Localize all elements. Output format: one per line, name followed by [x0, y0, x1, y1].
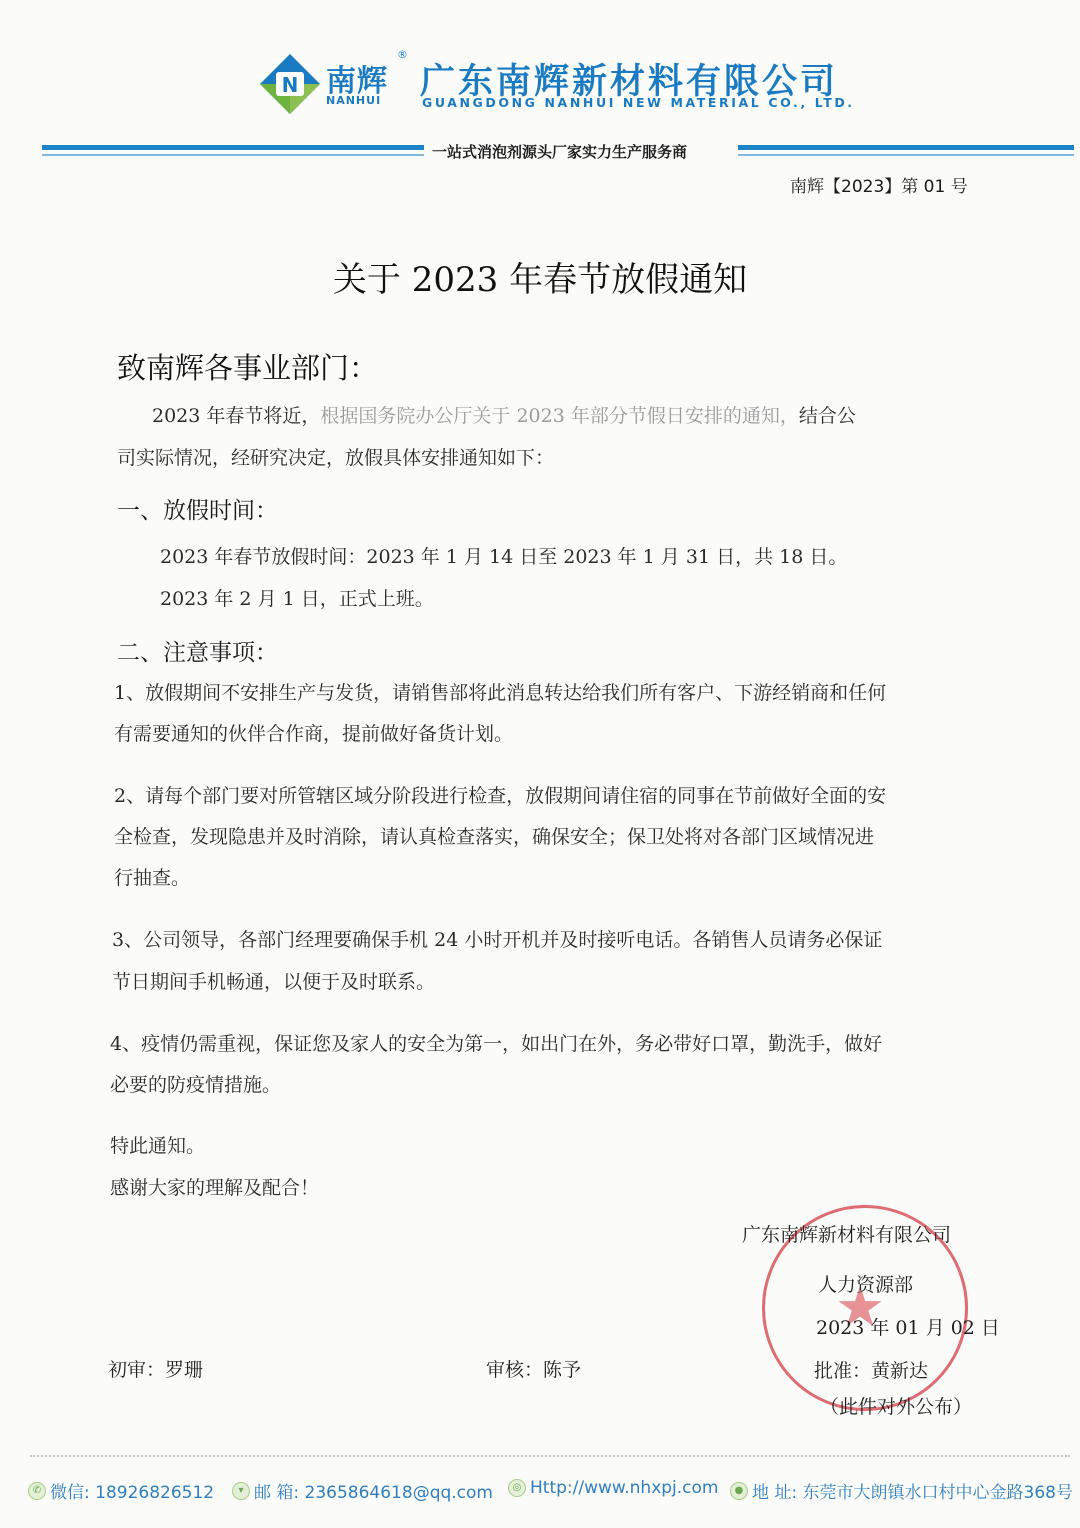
footer-email: ▾ 邮 箱: 2365864618@qq.com [232, 1478, 493, 1503]
intro-part-1: 2023 年春节将近， [152, 405, 320, 427]
checker: 审核：陈予 [486, 1355, 581, 1382]
svg-text:N: N [282, 73, 299, 97]
item-3-line-1: 3、公司领导，各部门经理要确保手机 24 小时开机并及时接听电话。各销售人员请务… [112, 920, 882, 961]
signature-note: （此件对外公布） [820, 1392, 972, 1419]
email-text: 邮 箱: 2365864618@qq.com [254, 1478, 493, 1503]
section-1-heading: 一、放假时间： [117, 492, 278, 525]
initial-reviewer: 初审：罗珊 [108, 1355, 203, 1382]
wechat-icon: ✆ [28, 1482, 46, 1500]
footer-wechat: ✆ 微信: 18926826512 [28, 1478, 214, 1503]
item-4-line-2: 必要的防疫情措施。 [110, 1065, 281, 1106]
intro-line-2: 司实际情况，经研究决定，放假具体安排通知如下： [117, 438, 554, 479]
intro-part-2-faded: 根据国务院办公厅关于 2023 年部分节假日安排的通知， [320, 405, 798, 427]
header-rule-left [42, 145, 424, 150]
address-text: 地 址: 东莞市大朗镇水口村中心金路368号 [752, 1478, 1073, 1503]
slogan: 一站式消泡剂源头厂家实力生产服务商 [432, 141, 687, 162]
closing-line-2: 感谢大家的理解及配合！ [110, 1168, 319, 1209]
document-number: 南辉【2023】第 01 号 [790, 172, 968, 197]
section-1-line-2: 2023 年 2 月 1 日，正式上班。 [160, 579, 434, 620]
signature-approver: 批准：黄新达 [814, 1356, 928, 1383]
item-2-line-1: 2、请每个部门要对所管辖区域分阶段进行检查，放假期间请住宿的同事在节前做好全面的… [114, 776, 886, 817]
company-name-en: GUANGDONG NANHUI NEW MATERIAL CO., LTD. [422, 95, 855, 110]
mail-icon: ▾ [232, 1482, 250, 1500]
header-rule-left-thin [42, 154, 424, 156]
salutation: 致南辉各事业部门： [117, 346, 378, 387]
logo-text-en: NANHUI [326, 94, 381, 107]
item-4-line-1: 4、疫情仍需重视，保证您及家人的安全为第一，如出门在外，务必带好口罩，勤洗手，做… [110, 1024, 882, 1065]
footer-divider [30, 1455, 1070, 1457]
logo-mark-icon: N [258, 52, 322, 116]
closing-line-1: 特此通知。 [110, 1126, 205, 1167]
item-2-line-2: 全检查，发现隐患并及时消除，请认真检查落实，确保安全；保卫处将对各部门区域情况进 [114, 817, 874, 858]
footer-address: ● 地 址: 东莞市大朗镇水口村中心金路368号 [730, 1478, 1073, 1503]
header-rule-right [738, 145, 1074, 150]
signature-date: 2023 年 01 月 02 日 [816, 1313, 1000, 1340]
intro-line-1: 2023 年春节将近，根据国务院办公厅关于 2023 年部分节假日安排的通知，结… [152, 396, 856, 437]
item-1-line-1: 1、放假期间不安排生产与发货，请销售部将此消息转达给我们所有客户、下游经销商和任… [114, 673, 886, 714]
item-2-line-3: 行抽查。 [114, 858, 190, 899]
signature-company: 广东南辉新材料有限公司 [742, 1220, 951, 1247]
item-3-line-2: 节日期间手机畅通，以便于及时联系。 [112, 962, 435, 1003]
location-pin-icon: ● [730, 1482, 748, 1500]
signature-department: 人力资源部 [818, 1270, 913, 1297]
item-1-line-2: 有需要通知的伙伴合作商，提前做好备货计划。 [114, 714, 513, 755]
wechat-text: 微信: 18926826512 [50, 1478, 214, 1503]
globe-icon: ◎ [508, 1479, 526, 1497]
header-rule-right-thin [738, 154, 1074, 156]
section-1-line-1: 2023 年春节放假时间：2023 年 1 月 14 日至 2023 年 1 月… [160, 537, 847, 578]
registered-mark: ® [397, 48, 408, 61]
website-text: Http://www.nhxpj.com [530, 1478, 718, 1498]
section-2-heading: 二、注意事项： [117, 634, 278, 667]
footer-website: ◎ Http://www.nhxpj.com [508, 1478, 718, 1498]
intro-part-3: 结合公 [799, 405, 856, 427]
document-title: 关于 2023 年春节放假通知 [0, 252, 1080, 301]
